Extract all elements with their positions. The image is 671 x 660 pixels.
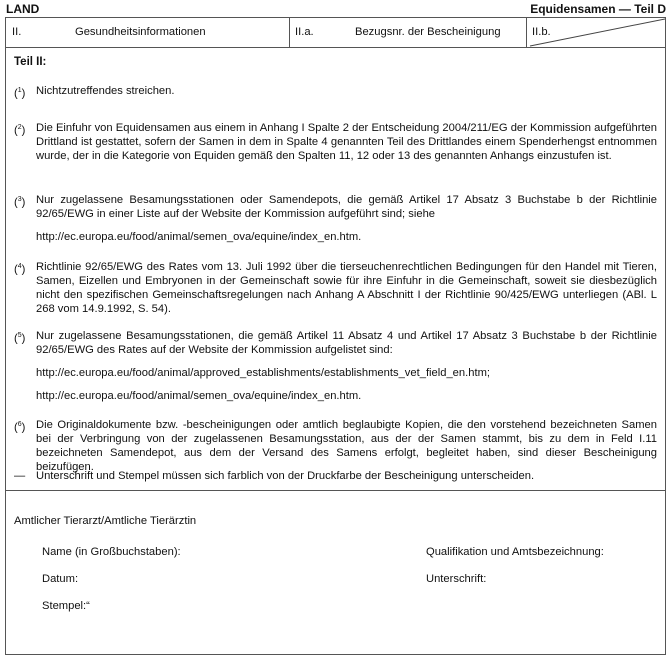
footnote-4: (4) Richtlinie 92/65/EWG des Rates vom 1… bbox=[14, 260, 657, 316]
footnote-3: (3) Nur zugelassene Besamungsstationen o… bbox=[14, 193, 657, 221]
signature-section: Amtlicher Tierarzt/Amtliche Tierärztin N… bbox=[6, 491, 665, 654]
reference-number: II.a. bbox=[295, 18, 314, 47]
section-label: Gesundheitsinformationen bbox=[75, 18, 206, 47]
stamp-field-label: Stempel:“ bbox=[42, 600, 90, 612]
document-title: Equidensamen — Teil D bbox=[530, 2, 666, 16]
dash-note-text: Unterschrift und Stempel müssen sich far… bbox=[36, 469, 657, 483]
footnote-marker: (1) bbox=[14, 84, 25, 101]
footnote-2: (2) Die Einfuhr von Equidensamen aus ein… bbox=[14, 121, 657, 163]
sub-field-number: II.b. bbox=[532, 18, 551, 47]
section-cell: II. Gesundheitsinformationen bbox=[6, 18, 290, 47]
reference-cell: II.a. Bezugsnr. der Bescheinigung bbox=[289, 18, 527, 47]
footnote-5: (5) Nur zugelassene Besamungsstationen, … bbox=[14, 329, 657, 357]
name-field-label: Name (in Großbuchstaben): bbox=[42, 546, 181, 558]
veterinarian-title: Amtlicher Tierarzt/Amtliche Tierärztin bbox=[14, 515, 196, 527]
signature-field-label: Unterschrift: bbox=[426, 573, 486, 585]
footnote-marker: (4) bbox=[14, 260, 25, 277]
footnote-marker: (5) bbox=[14, 329, 25, 346]
part-title: Teil II: bbox=[14, 56, 46, 68]
footnote-text: Nichtzutreffendes streichen. bbox=[36, 84, 657, 98]
footnote-5-url-establishments[interactable]: http://ec.europa.eu/food/animal/approved… bbox=[36, 366, 490, 380]
section-number: II. bbox=[12, 18, 21, 47]
footnote-marker: (3) bbox=[14, 193, 25, 210]
footnote-marker: (2) bbox=[14, 121, 25, 138]
footnote-6: (6) Die Originaldokumente bzw. -beschein… bbox=[14, 418, 657, 474]
footnote-text: Nur zugelassene Besamungsstationen oder … bbox=[36, 193, 657, 221]
footnote-1: (1) Nichtzutreffendes streichen. bbox=[14, 84, 657, 98]
footnote-3-url[interactable]: http://ec.europa.eu/food/animal/semen_ov… bbox=[36, 230, 361, 244]
date-field-label: Datum: bbox=[42, 573, 78, 585]
footnote-text: Die Einfuhr von Equidensamen aus einem i… bbox=[36, 121, 657, 163]
dash-marker: — bbox=[14, 469, 25, 483]
sub-field-cell: II.b. bbox=[526, 18, 665, 47]
footnote-5-url-equine[interactable]: http://ec.europa.eu/food/animal/semen_ov… bbox=[36, 389, 361, 403]
footnotes-section: Teil II: (1) Nichtzutreffendes streichen… bbox=[6, 48, 665, 491]
footnote-text: Richtlinie 92/65/EWG des Rates vom 13. J… bbox=[36, 260, 657, 316]
country-label: LAND bbox=[6, 2, 39, 16]
footnote-text: Die Originaldokumente bzw. -bescheinigun… bbox=[36, 418, 657, 474]
footnote-text: Nur zugelassene Besamungsstationen, die … bbox=[36, 329, 657, 357]
footnote-marker: (6) bbox=[14, 418, 25, 435]
section-header-row: II. Gesundheitsinformationen II.a. Bezug… bbox=[6, 18, 665, 48]
reference-label: Bezugsnr. der Bescheinigung bbox=[355, 18, 501, 47]
qualification-field-label: Qualifikation und Amtsbezeichnung: bbox=[426, 546, 604, 558]
certificate-frame: II. Gesundheitsinformationen II.a. Bezug… bbox=[5, 17, 666, 655]
dash-note: — Unterschrift und Stempel müssen sich f… bbox=[14, 469, 657, 483]
